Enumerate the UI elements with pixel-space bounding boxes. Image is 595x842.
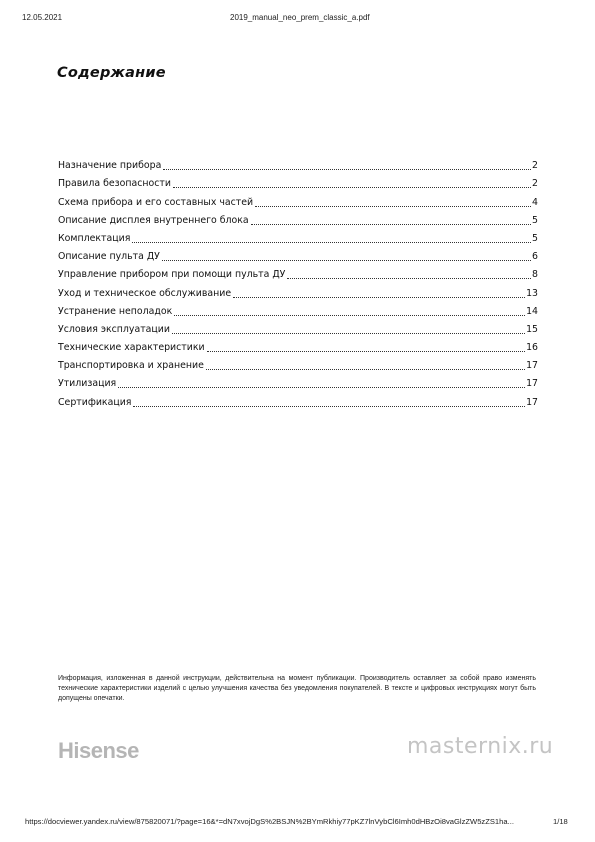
print-date: 12.05.2021 bbox=[22, 13, 62, 22]
print-filename: 2019_manual_neo_prem_classic_a.pdf bbox=[230, 13, 370, 22]
toc-entry-page: 17 bbox=[525, 378, 538, 390]
hisense-logo: Hisense bbox=[58, 738, 139, 764]
toc-entry-label: Описание дисплея внутреннего блока bbox=[58, 215, 251, 227]
toc-dot-leader bbox=[206, 368, 525, 370]
page-title: Содержание bbox=[57, 65, 166, 81]
table-of-contents: Назначение прибора2Правила безопасности2… bbox=[58, 154, 538, 409]
toc-entry-page: 2 bbox=[531, 178, 538, 190]
toc-dot-leader bbox=[251, 223, 531, 225]
toc-entry-label: Описание пульта ДУ bbox=[58, 251, 162, 263]
toc-dot-leader bbox=[132, 241, 531, 243]
toc-entry-page: 5 bbox=[531, 233, 538, 245]
toc-entry-label: Устранение неполадок bbox=[58, 306, 174, 318]
toc-entry-page: 17 bbox=[525, 397, 538, 409]
toc-entry[interactable]: Управление прибором при помощи пульта ДУ… bbox=[58, 263, 538, 281]
toc-entry[interactable]: Условия эксплуатации15 bbox=[58, 318, 538, 336]
watermark: masternix.ru bbox=[407, 734, 553, 759]
toc-dot-leader bbox=[162, 259, 531, 261]
print-url: https://docviewer.yandex.ru/view/8758200… bbox=[25, 817, 514, 826]
toc-entry-label: Комплектация bbox=[58, 233, 132, 245]
toc-entry[interactable]: Описание пульта ДУ6 bbox=[58, 245, 538, 263]
toc-entry-page: 2 bbox=[531, 160, 538, 172]
toc-entry[interactable]: Схема прибора и его составных частей4 bbox=[58, 190, 538, 208]
toc-dot-leader bbox=[233, 296, 525, 298]
disclaimer-text: Информация, изложенная в данной инструкц… bbox=[58, 674, 536, 704]
toc-entry[interactable]: Технические характеристики16 bbox=[58, 336, 538, 354]
toc-entry[interactable]: Сертификация17 bbox=[58, 390, 538, 408]
toc-entry-page: 13 bbox=[525, 288, 538, 300]
toc-entry-label: Транспортировка и хранение bbox=[58, 360, 206, 372]
toc-entry-label: Схема прибора и его составных частей bbox=[58, 197, 255, 209]
toc-dot-leader bbox=[118, 386, 525, 388]
toc-entry[interactable]: Правила безопасности2 bbox=[58, 172, 538, 190]
toc-entry-page: 4 bbox=[531, 197, 538, 209]
toc-entry-label: Правила безопасности bbox=[58, 178, 173, 190]
toc-entry-label: Управление прибором при помощи пульта ДУ bbox=[58, 269, 287, 281]
print-page-indicator: 1/18 bbox=[553, 817, 568, 826]
toc-entry[interactable]: Устранение неполадок14 bbox=[58, 300, 538, 318]
toc-entry-label: Сертификация bbox=[58, 397, 133, 409]
toc-dot-leader bbox=[163, 168, 531, 170]
toc-entry-page: 14 bbox=[525, 306, 538, 318]
toc-entry-page: 6 bbox=[531, 251, 538, 263]
toc-entry[interactable]: Описание дисплея внутреннего блока5 bbox=[58, 209, 538, 227]
toc-entry-label: Назначение прибора bbox=[58, 160, 163, 172]
toc-dot-leader bbox=[255, 205, 531, 207]
toc-entry-page: 17 bbox=[525, 360, 538, 372]
toc-entry-page: 15 bbox=[525, 324, 538, 336]
toc-entry-label: Условия эксплуатации bbox=[58, 324, 172, 336]
toc-entry-label: Технические характеристики bbox=[58, 342, 207, 354]
toc-entry-label: Уход и техническое обслуживание bbox=[58, 288, 233, 300]
toc-entry-page: 5 bbox=[531, 215, 538, 227]
toc-dot-leader bbox=[173, 186, 531, 188]
toc-dot-leader bbox=[287, 277, 531, 279]
toc-dot-leader bbox=[133, 405, 525, 407]
toc-entry[interactable]: Комплектация5 bbox=[58, 227, 538, 245]
toc-entry-page: 8 bbox=[531, 269, 538, 281]
toc-dot-leader bbox=[174, 314, 525, 316]
toc-entry[interactable]: Транспортировка и хранение17 bbox=[58, 354, 538, 372]
toc-entry[interactable]: Назначение прибора2 bbox=[58, 154, 538, 172]
toc-dot-leader bbox=[172, 332, 525, 334]
toc-entry[interactable]: Утилизация17 bbox=[58, 372, 538, 390]
toc-entry-page: 16 bbox=[525, 342, 538, 354]
toc-entry-label: Утилизация bbox=[58, 378, 118, 390]
toc-dot-leader bbox=[207, 350, 525, 352]
toc-entry[interactable]: Уход и техническое обслуживание13 bbox=[58, 281, 538, 299]
